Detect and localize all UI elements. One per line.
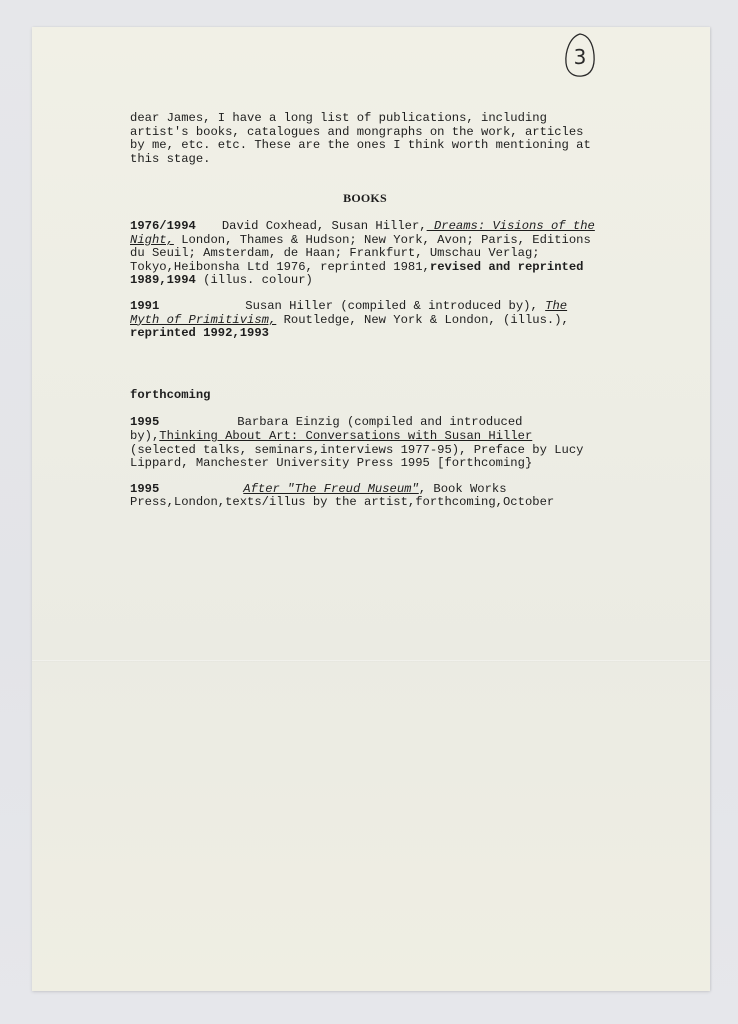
entry-year: 1995	[130, 416, 159, 430]
entry-details: (selected talks, seminars,interviews 197…	[130, 443, 583, 471]
paper-fold-line	[32, 660, 710, 662]
letter-page: 3 dear James, I have a long list of publ…	[32, 27, 710, 991]
entry-year: 1976/1994	[130, 220, 196, 234]
intro-paragraph: dear James, I have a long list of public…	[130, 112, 600, 166]
forthcoming-entry: 1995After "The Freud Museum", Book Works…	[130, 483, 600, 510]
book-entry: 1976/1994David Coxhead, Susan Hiller, Dr…	[130, 220, 600, 288]
entry-note: reprinted 1992,1993	[130, 326, 269, 340]
entry-year: 1995	[130, 483, 159, 497]
entry-year: 1991	[130, 300, 159, 314]
entry-title: After "The Freud Museum"	[243, 482, 419, 496]
book-entry: 1991Susan Hiller (compiled & introduced …	[130, 300, 600, 341]
handwritten-page-number: 3	[562, 31, 598, 79]
entry-title: Thinking About Art: Conversations with S…	[159, 429, 532, 443]
circled-number-icon: 3	[562, 31, 598, 79]
books-heading: BOOKS	[130, 192, 600, 206]
forthcoming-entry: 1995Barbara Einzig (compiled and introdu…	[130, 416, 600, 470]
entry-tail: (illus. colour)	[196, 273, 313, 287]
entry-authors: Susan Hiller (compiled & introduced by),	[245, 299, 538, 313]
letter-body: dear James, I have a long list of public…	[130, 112, 600, 522]
forthcoming-heading: forthcoming	[130, 389, 600, 403]
svg-text:3: 3	[574, 45, 587, 69]
entry-details: Routledge, New York & London, (illus.),	[276, 313, 569, 327]
entry-authors: David Coxhead, Susan Hiller,	[222, 219, 427, 233]
